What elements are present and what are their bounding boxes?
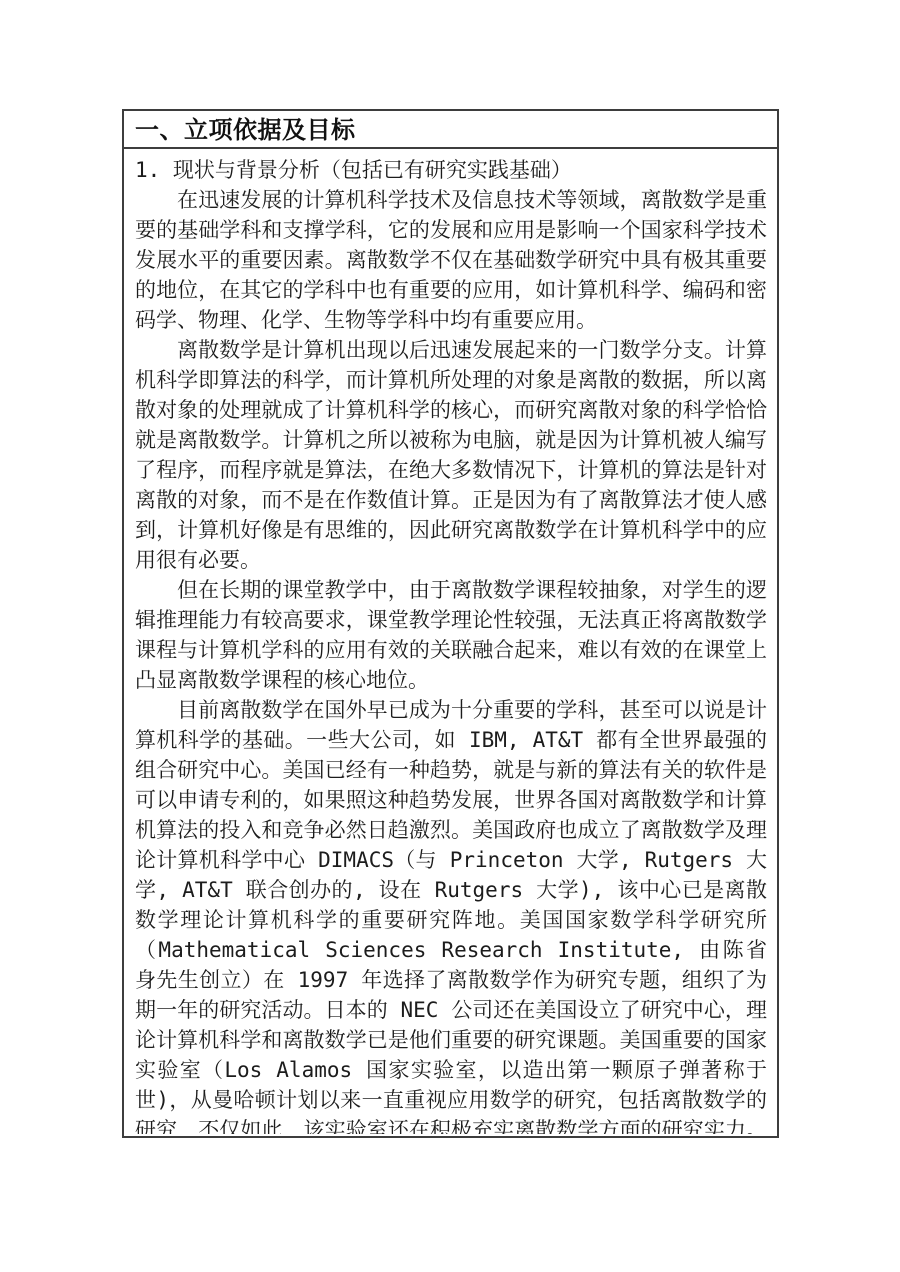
paragraph-discrete-math-branch: 离散数学是计算机出现以后迅速发展起来的一门数学分支。计算机科学即算法的科学，而计… [135, 335, 767, 575]
paragraph-background-overview: 在迅速发展的计算机科学技术及信息技术等领域，离散数学是重要的基础学科和支撑学科，… [135, 185, 767, 335]
paragraph-teaching-challenges: 但在长期的课堂教学中，由于离散数学课程较抽象，对学生的逻辑推理能力有较高要求，课… [135, 575, 767, 695]
section-title: 一、立项依据及目标 [124, 111, 777, 149]
paragraph-international-status: 目前离散数学在国外早已成为十分重要的学科，甚至可以说是计算机科学的基础。一些大公… [135, 695, 767, 1134]
subsection-heading: 1. 现状与背景分析（包括已有研究实践基础） [135, 155, 767, 185]
section-body: 1. 现状与背景分析（包括已有研究实践基础） 在迅速发展的计算机科学技术及信息技… [124, 149, 777, 1134]
proposal-section-table: 一、立项依据及目标 1. 现状与背景分析（包括已有研究实践基础） 在迅速发展的计… [122, 109, 779, 1138]
document-page: 一、立项依据及目标 1. 现状与背景分析（包括已有研究实践基础） 在迅速发展的计… [0, 0, 900, 1272]
